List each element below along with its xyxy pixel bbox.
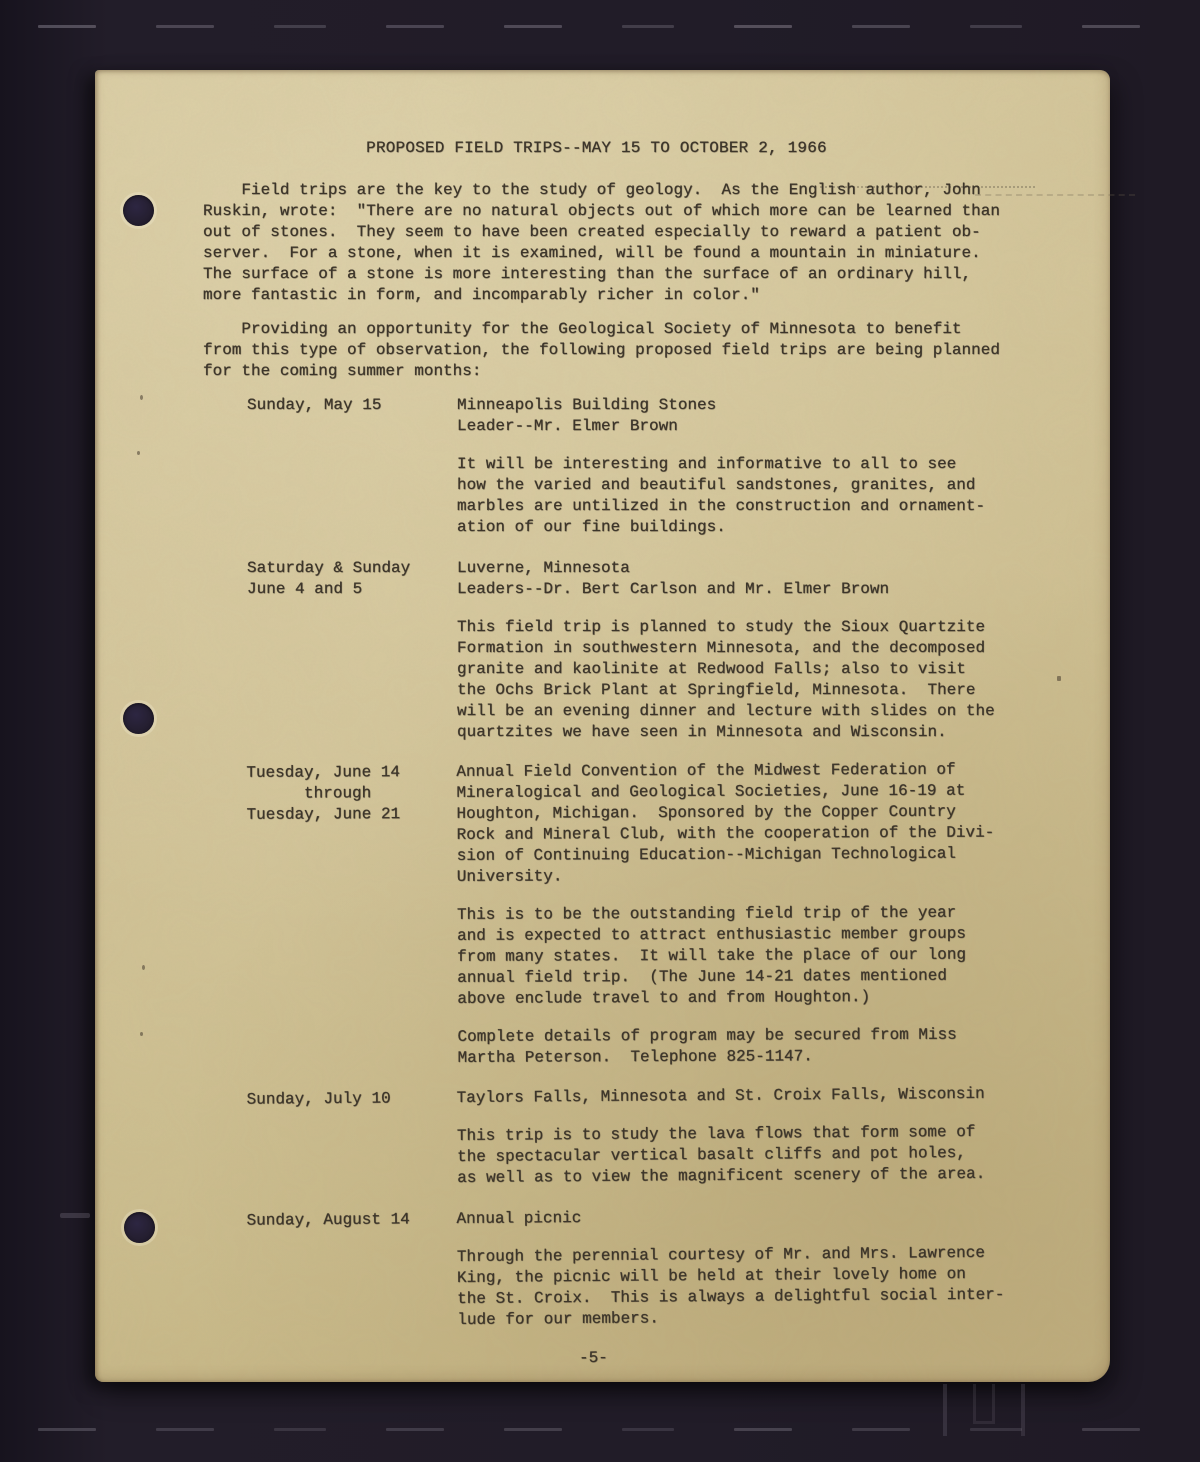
intro-paragraph: Providing an opportunity for the Geologi… — [203, 319, 1034, 382]
scanner-mark — [38, 25, 96, 28]
scan-artifact — [943, 1384, 1025, 1436]
trip-description: Taylors Falls, Minnesota and St. Croix F… — [457, 1083, 1035, 1206]
trip-paragraph: It will be interesting and informative t… — [457, 454, 1034, 538]
trip-date: Sunday, July 10 — [203, 1088, 458, 1208]
document-title: PROPOSED FIELD TRIPS--MAY 15 TO OCTOBER … — [203, 138, 990, 159]
scanner-mark — [386, 25, 444, 28]
intro-paragraph: Field trips are the key to the study of … — [203, 180, 1034, 306]
trip-date: Saturday & Sunday June 4 and 5 — [203, 558, 457, 760]
scanner-mark — [622, 1428, 674, 1431]
scanner-mark — [970, 25, 1022, 28]
trip-description: Luverne, Minnesota Leaders--Dr. Bert Car… — [457, 558, 1034, 760]
punch-hole-top — [123, 195, 154, 226]
scanner-marks-top — [0, 25, 1200, 28]
scanner-marks-bottom — [0, 1428, 1200, 1431]
punch-hole-middle — [123, 703, 154, 734]
trip-row-june-14-21: Tuesday, June 14 through Tuesday, June 2… — [202, 759, 1034, 1087]
trip-description: Annual picnic Through the perennial cour… — [456, 1204, 1034, 1348]
scanner-mark — [1082, 25, 1140, 28]
scanner-mark — [1082, 1428, 1140, 1431]
trip-paragraph: This trip is to study the lava flows tha… — [457, 1121, 1034, 1189]
scanner-mark — [274, 1428, 326, 1431]
trip-row-july-10: Sunday, July 10 Taylors Falls, Minnesota… — [203, 1083, 1035, 1208]
trip-date: Sunday, May 15 — [203, 395, 457, 555]
trip-paragraph: Annual picnic — [456, 1204, 1033, 1230]
document-page: PROPOSED FIELD TRIPS--MAY 15 TO OCTOBER … — [95, 70, 1110, 1382]
scanner-mark — [38, 1428, 96, 1431]
trip-paragraph: This is to be the outstanding field trip… — [457, 902, 1034, 1010]
scanner-mark — [386, 1428, 444, 1431]
trip-paragraph: Complete details of program may be secur… — [457, 1024, 1034, 1069]
trip-description: Annual Field Convention of the Midwest F… — [456, 759, 1034, 1086]
trip-paragraph: Minneapolis Building Stones Leader--Mr. … — [457, 395, 1034, 437]
scanner-mark — [852, 1428, 910, 1431]
trip-date: Sunday, August 14 — [202, 1209, 457, 1350]
scanner-mark — [734, 1428, 792, 1431]
trip-paragraph: Annual Field Convention of the Midwest F… — [456, 759, 1034, 888]
trip-paragraph: This field trip is planned to study the … — [457, 617, 1034, 743]
trip-paragraph: Through the perennial courtesy of Mr. an… — [457, 1242, 1035, 1331]
trip-paragraph: Taylors Falls, Minnesota and St. Croix F… — [457, 1083, 1034, 1109]
trip-row-may-15: Sunday, May 15 Minneapolis Building Ston… — [203, 395, 1034, 555]
scanner-mark — [156, 1428, 214, 1431]
trip-description: Minneapolis Building Stones Leader--Mr. … — [457, 395, 1034, 555]
scanner-mark — [852, 25, 910, 28]
trip-row-august-14: Sunday, August 14 Annual picnic Through … — [202, 1204, 1034, 1350]
scanner-mark — [622, 25, 674, 28]
scanner-mark — [970, 1428, 1022, 1431]
scanner-mark — [504, 1428, 562, 1431]
scanner-mark — [504, 25, 562, 28]
typewritten-content: PROPOSED FIELD TRIPS--MAY 15 TO OCTOBER … — [95, 70, 1110, 1382]
trip-date: Tuesday, June 14 through Tuesday, June 2… — [202, 762, 457, 1087]
trip-row-june-4-5: Saturday & Sunday June 4 and 5 Luverne, … — [203, 558, 1034, 760]
trip-paragraph: Luverne, Minnesota Leaders--Dr. Bert Car… — [457, 558, 1034, 600]
scanner-mark — [734, 25, 792, 28]
scan-artifact — [60, 1213, 90, 1218]
punch-hole-bottom — [124, 1212, 155, 1243]
scanner-mark — [274, 25, 326, 28]
scanner-mark — [156, 25, 214, 28]
